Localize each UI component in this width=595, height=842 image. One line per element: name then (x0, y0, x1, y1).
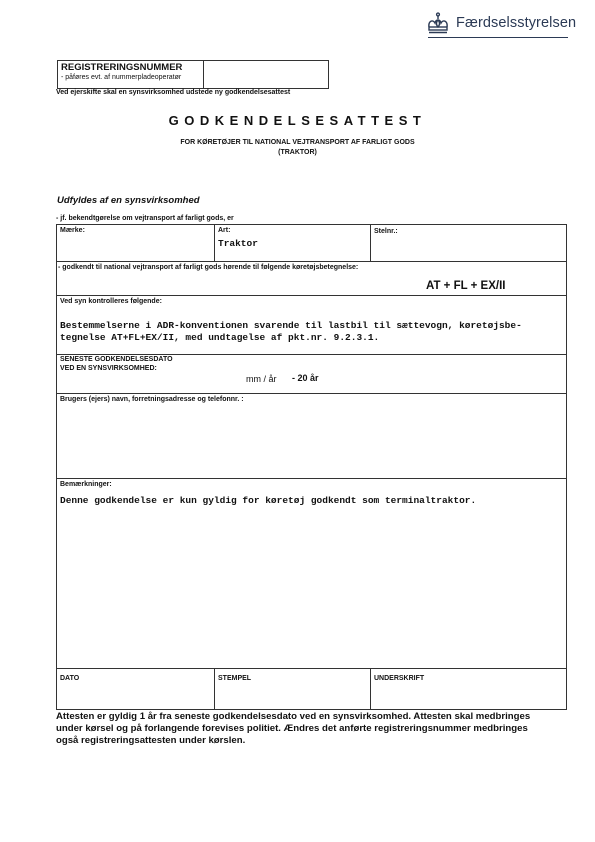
designation-row: - godkendt til national vejtransport af … (57, 262, 566, 296)
approval-date-label-line-2: VED EN SYNSVIRKSOMHED: (60, 365, 173, 374)
make-field[interactable] (60, 237, 210, 259)
stamp-label: STEMPEL (218, 675, 251, 684)
column-divider (214, 669, 215, 709)
ownership-change-note: Ved ejerskifte skal en synsvirksomhed ud… (56, 89, 290, 96)
column-divider (214, 225, 215, 261)
owner-label: Brugers (ejers) navn, forretningsadresse… (60, 396, 244, 405)
approval-date-row: SENESTE GODKENDELSESDATO VED EN SYNSVIRK… (57, 355, 566, 394)
inspection-row: Ved syn kontrolleres følgende: Bestemmel… (57, 296, 566, 355)
remarks-field[interactable]: Denne godkendelse er kun gyldig for køre… (60, 495, 476, 506)
subtitle-line-2: (TRAKTOR) (0, 148, 595, 158)
owner-row: Brugers (ejers) navn, forretningsadresse… (57, 394, 566, 479)
inspection-label: Ved syn kontrolleres følgende: (60, 298, 162, 307)
logo-underline (428, 37, 568, 38)
inspection-line-2: tegnelse AT+FL+EX/II, med undtagelse af … (60, 332, 522, 344)
registration-label: REGISTRERINGSNUMMER (61, 62, 200, 73)
registration-number-field[interactable] (204, 61, 328, 88)
registration-sublabel: - påføres evt. af nummerpladeoperatør (61, 73, 200, 82)
certificate-form: Mærke: Art: Traktor Stelnr.: - godkendt … (56, 224, 567, 710)
approval-date-month-field[interactable]: mm / år (246, 374, 277, 384)
make-label: Mærke: (60, 227, 85, 236)
owner-field[interactable] (60, 408, 560, 474)
date-label: DATO (60, 675, 79, 684)
validity-line-3: også registreringsattesten under kørslen… (56, 735, 576, 747)
brand-name: Færdselsstyrelsen (456, 15, 576, 31)
validity-note: Attesten er gyldig 1 år fra seneste godk… (56, 711, 576, 747)
signature-row: DATO STEMPEL UNDERSKRIFT (57, 669, 566, 709)
chassis-number-field[interactable] (374, 237, 559, 259)
document-title: GODKENDELSESATTEST (0, 113, 595, 128)
fill-by-heading: Udfyldes af en synsvirksomhed (57, 195, 200, 206)
type-label: Art: (218, 227, 230, 236)
agency-logo: Færdselsstyrelsen (426, 12, 571, 42)
signature-label: UNDERSKRIFT (374, 675, 424, 684)
column-divider (370, 225, 371, 261)
designation-value: AT + FL + EX/II (426, 280, 505, 292)
approval-date-year-field[interactable]: - 20 år (292, 373, 319, 383)
registration-box: REGISTRERINGSNUMMER - påføres evt. af nu… (57, 60, 329, 89)
inspection-line-1: Bestemmelserne i ADR-konventionen svaren… (60, 320, 522, 332)
document-subtitle: FOR KØRETØJER TIL NATIONAL VEJTRANSPORT … (0, 138, 595, 158)
crown-icon (426, 12, 450, 34)
approval-date-label-line-1: SENESTE GODKENDELSESDATO (60, 356, 173, 365)
chassis-number-label: Stelnr.: (374, 228, 398, 237)
vehicle-row: Mærke: Art: Traktor Stelnr.: (57, 225, 566, 262)
remarks-label: Bemærkninger: (60, 481, 112, 490)
registration-label-cell: REGISTRERINGSNUMMER - påføres evt. af nu… (58, 61, 204, 88)
remarks-row: Bemærkninger: Denne godkendelse er kun g… (57, 479, 566, 669)
approval-date-label: SENESTE GODKENDELSESDATO VED EN SYNSVIRK… (60, 356, 173, 373)
regulation-reference: - jf. bekendtgørelse om vejtransport af … (56, 215, 234, 222)
column-divider (370, 669, 371, 709)
validity-line-2: under kørsel og på forlangende forevises… (56, 723, 576, 735)
inspection-text: Bestemmelserne i ADR-konventionen svaren… (60, 320, 522, 344)
validity-line-1: Attesten er gyldig 1 år fra seneste godk… (56, 711, 576, 723)
type-field[interactable]: Traktor (218, 238, 258, 249)
designation-label: - godkendt til national vejtransport af … (58, 264, 358, 273)
subtitle-line-1: FOR KØRETØJER TIL NATIONAL VEJTRANSPORT … (0, 138, 595, 148)
